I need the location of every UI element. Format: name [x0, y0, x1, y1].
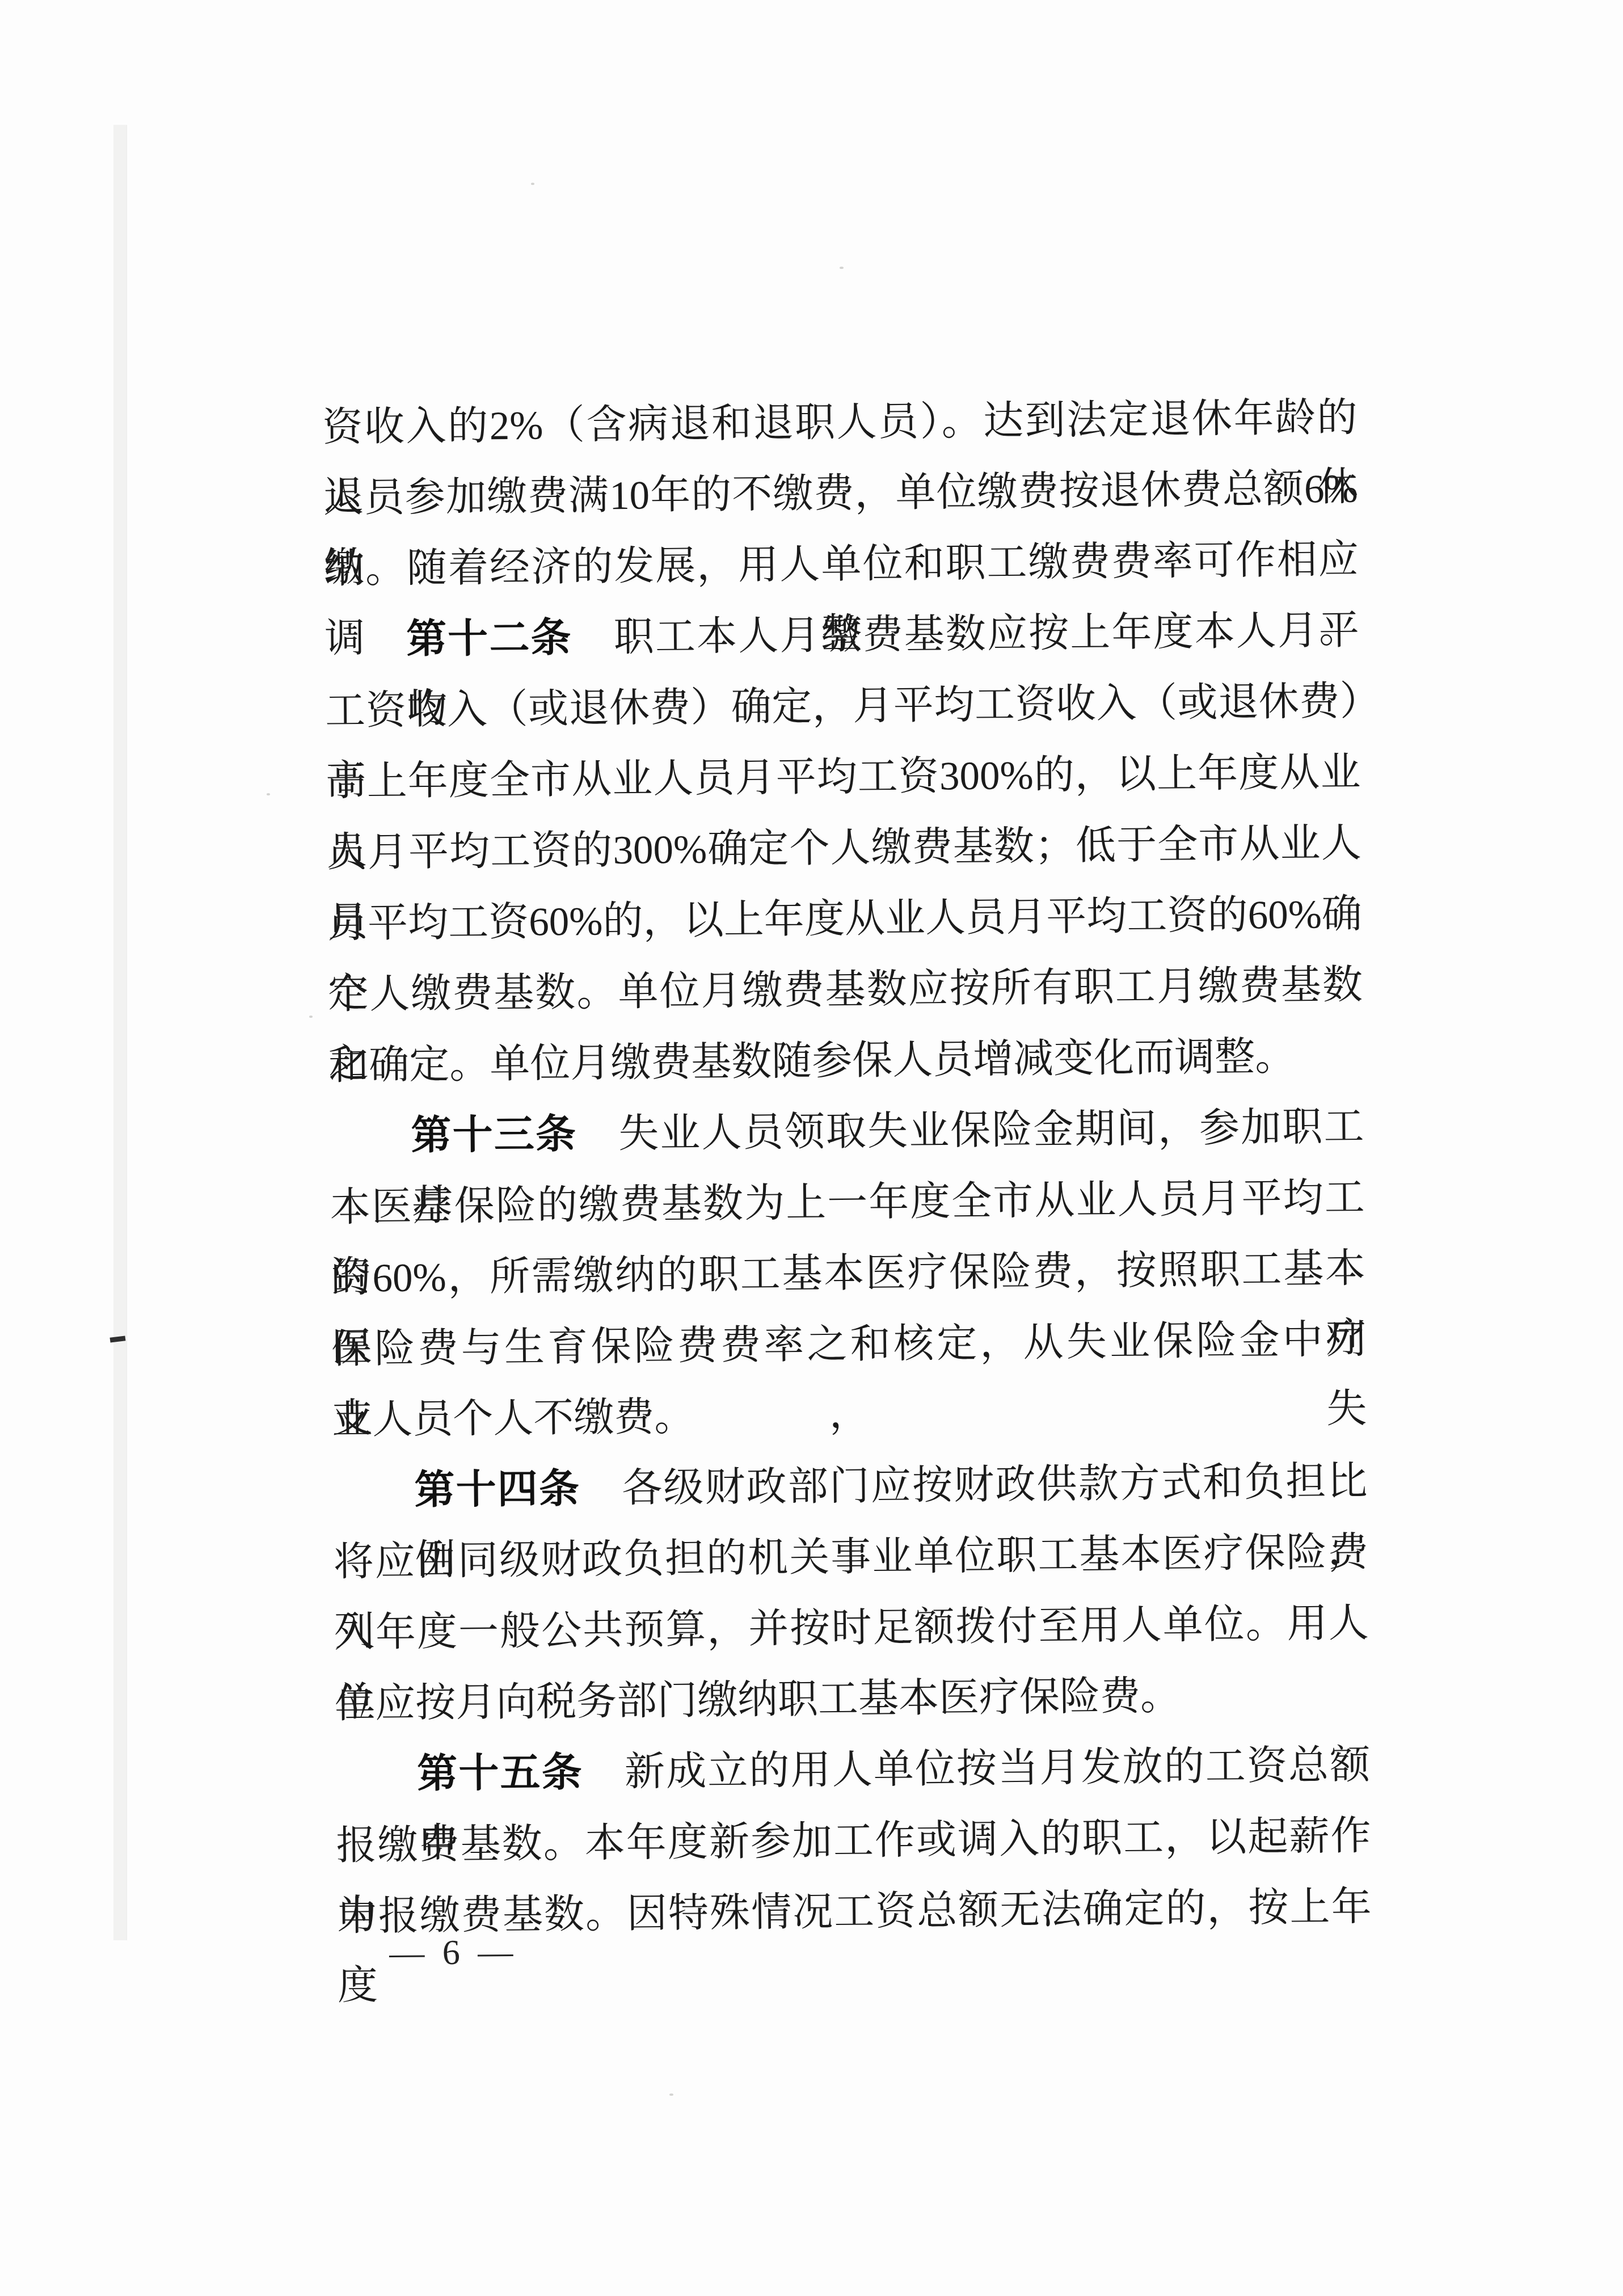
text-line: 工资收入（或退休费）确定，月平均工资收入（或退休费）高	[325, 667, 1360, 748]
text-line: 纳。随着经济的发展，用人单位和职工缴费费率可作相应调整。	[323, 525, 1359, 606]
line-text: 和确定。单位月缴费基数随参保人员增减变化而调整。	[328, 1035, 1296, 1088]
text-line: 第十四条 各级财政部门应按财政供款方式和负担比例，	[332, 1447, 1368, 1528]
text-line: 位应按月向税务部门缴纳职工基本医疗保险费。	[335, 1659, 1370, 1741]
scan-speck	[309, 1016, 313, 1018]
text-line: 第十五条 新成立的用人单位按当月发放的工资总额申	[335, 1730, 1371, 1811]
text-line: 于上年度全市从业人员月平均工资300%的，以上年度从业人	[326, 738, 1361, 819]
text-line: 人员参加缴费满10年的不缴费，单位缴费按退休费总额6%缴	[323, 454, 1358, 535]
text-line: 资收入的2%（含病退和退职人员）。达到法定退休年龄的退休	[322, 383, 1358, 464]
text-line: 报缴费基数。本年度新参加工作或调入的职工，以起薪作为	[336, 1801, 1371, 1882]
line-text: 位应按月向税务部门缴纳职工基本医疗保险费。	[335, 1674, 1181, 1726]
text-line: 个人缴费基数。单位月缴费基数应按所有职工月缴费基数之	[328, 950, 1363, 1031]
article-number: 第十四条	[414, 1467, 580, 1513]
scan-speck	[669, 2093, 673, 2096]
scanned-document-page: 资收入的2%（含病退和退职人员）。达到法定退休年龄的退休人员参加缴费满10年的不…	[0, 0, 1623, 2296]
text-line: 将应由同级财政负担的机关事业单位职工基本医疗保险费列	[333, 1518, 1368, 1599]
text-line: 的60%，所需缴纳的职工基本医疗保险费，按照职工基本医疗	[330, 1234, 1365, 1315]
text-line: 和确定。单位月缴费基数随参保人员增减变化而调整。	[328, 1021, 1364, 1102]
text-line: 员月平均工资的300%确定个人缴费基数；低于全市从业人员	[326, 808, 1361, 890]
article-number: 第十五条	[417, 1750, 583, 1797]
scan-fold-artifact	[113, 125, 127, 1940]
text-line: 入年度一般公共预算，并按时足额拨付至用人单位。用人单	[334, 1589, 1369, 1670]
article-number: 第十三条	[411, 1112, 577, 1158]
text-line: 本医疗保险的缴费基数为上一年度全市从业人员月平均工资	[330, 1163, 1365, 1244]
text-line: 第十二条 职工本人月缴费基数应按上年度本人月平均	[324, 596, 1360, 677]
page-number: — 6 —	[389, 1932, 518, 1974]
article-number: 第十二条	[406, 616, 572, 662]
line-text: 业人员个人不缴费。	[332, 1395, 695, 1443]
scan-speck	[267, 793, 270, 795]
document-body: 资收入的2%（含病退和退职人员）。达到法定退休年龄的退休人员参加缴费满10年的不…	[322, 383, 1373, 2038]
text-line: 保险费与生育保险费费率之和核定，从失业保险金中列支，失	[331, 1305, 1367, 1386]
scan-speck	[531, 183, 534, 185]
text-line: 第十三条 失业人员领取失业保险金期间，参加职工基	[329, 1092, 1364, 1173]
scan-speck	[840, 267, 844, 269]
text-line: 月平均工资60%的，以上年度从业人员月平均工资的60%确定	[327, 879, 1362, 960]
